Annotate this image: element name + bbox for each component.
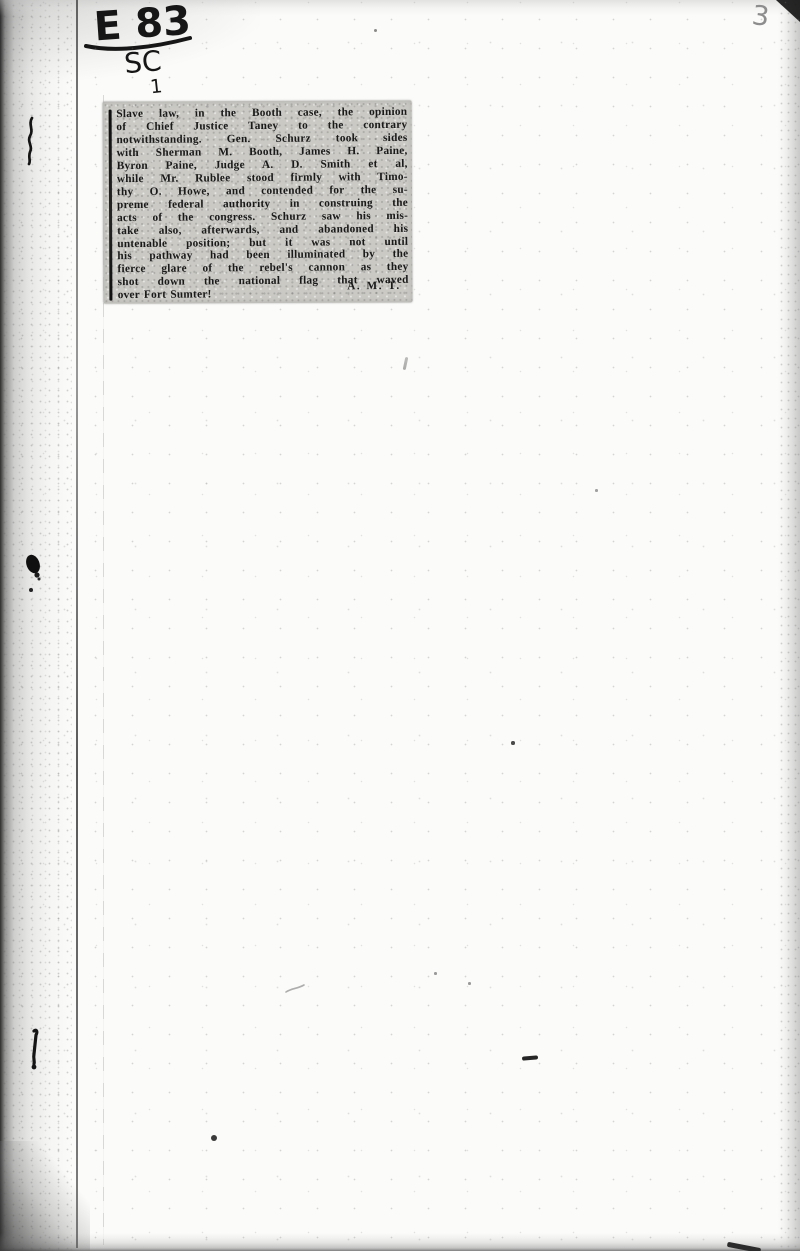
clipping-column-rule — [109, 110, 113, 301]
handwritten-item-number: 1 — [149, 75, 163, 98]
ink-stroke-mark — [27, 1027, 41, 1073]
faint-pencil-curve — [284, 982, 308, 996]
handwritten-annotations: E 83 SC 1 — [74, 0, 254, 108]
margin-rule-line — [76, 0, 78, 1248]
clipping-last-line: over Fort Sumter! A. M. T. — [118, 287, 409, 302]
gray-smudge-speck — [403, 357, 409, 370]
ink-brace-mark — [24, 115, 40, 167]
dust-speck — [434, 972, 437, 975]
dust-speck — [211, 1135, 217, 1141]
scanned-scrapbook-page: { "page": { "page_number": "3", "annotat… — [0, 0, 800, 1251]
top-right-corner-shadow — [776, 0, 800, 22]
dust-speck — [511, 741, 515, 745]
ink-dash-mark — [522, 1055, 538, 1060]
clipping-closing-text: over Fort Sumter! — [118, 289, 212, 303]
dust-speck — [595, 489, 598, 492]
clipping-text-block: Slave law, in the Booth case, the opinio… — [116, 106, 409, 303]
page-edge-bottom-shadow — [0, 1233, 800, 1251]
page-number: 3 — [750, 0, 771, 33]
ink-blot — [24, 553, 46, 597]
dust-speck — [374, 29, 377, 32]
clipping-byline: A. M. T. — [347, 280, 409, 293]
page-edge-right-shadow — [778, 0, 800, 1251]
newspaper-clipping: Slave law, in the Booth case, the opinio… — [103, 100, 413, 303]
dust-speck — [468, 982, 471, 985]
